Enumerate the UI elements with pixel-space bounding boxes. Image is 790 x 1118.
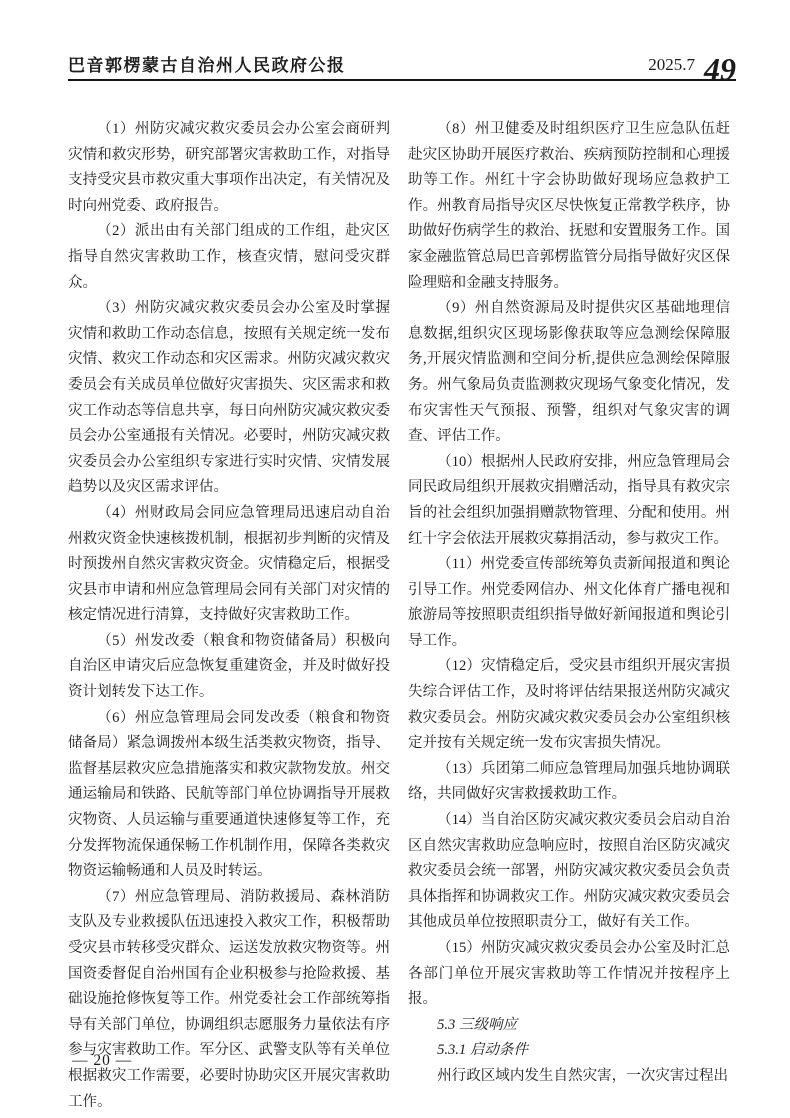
paragraph-item-7: （7）州应急管理局、消防救援局、森林消防支队及专业救援队伍迅速投入救灾工作，积极… — [68, 885, 390, 1115]
paragraph-item-4: （4）州财政局会同应急管理局迅速启动自治州救灾资金快速核拨机制，根据初步判断的灾… — [68, 501, 390, 629]
paragraph-item-8: （8）州卫健委及时组织医疗卫生应急队伍赶赴灾区协助开展医疗救治、疾病预防控制和心… — [408, 117, 730, 296]
paragraph-item-13: （13）兵团第二师应急管理局加强兵地协调联络，共同做好灾害救援救助工作。 — [408, 757, 730, 808]
page-body: （1）州防灾减灾救灾委员会办公室会商研判灾情和救灾形势，研究部署灾害救助工作，对… — [68, 117, 730, 1115]
page-number: — 20 — — [72, 1052, 132, 1070]
right-column: （8）州卫健委及时组织医疗卫生应急队伍赶赴灾区协助开展医疗救治、疾病预防控制和心… — [408, 117, 730, 1115]
paragraph-item-11: （11）州党委宣传部统筹负责新闻报道和舆论引导工作。州党委网信办、州文化体育广播… — [408, 552, 730, 654]
section-heading-5-3-1: 5.3.1 启动条件 — [408, 1038, 730, 1064]
paragraph-item-15: （15）州防灾减灾救灾委员会办公室及时汇总各部门单位开展灾害救助等工作情况并按程… — [408, 936, 730, 1013]
paragraph-item-14: （14）当自治区防灾减灾救灾委员会启动自治区自然灾害救助应急响应时，按照自治区防… — [408, 808, 730, 936]
trailing-paragraph: 州行政区域内发生自然灾害，一次灾害过程出 — [408, 1064, 730, 1090]
issue-number: 49 — [704, 57, 736, 81]
paragraph-item-2: （2）派出由有关部门组成的工作组，赴灾区指导自然灾害救助工作，核查灾情，慰问受灾… — [68, 219, 390, 296]
paragraph-item-1: （1）州防灾减灾救灾委员会办公室会商研判灾情和救灾形势，研究部署灾害救助工作，对… — [68, 117, 390, 219]
paragraph-item-10: （10）根据州人民政府安排，州应急管理局会同民政局组织开展救灾捐赠活动，指导具有… — [408, 450, 730, 552]
gazette-title: 巴音郭楞蒙古自治州人民政府公报 — [68, 57, 346, 74]
section-heading-5-3: 5.3 三级响应 — [408, 1013, 730, 1039]
issue-date: 2025.7 — [648, 56, 695, 74]
paragraph-item-3: （3）州防灾减灾救灾委员会办公室及时掌握灾情和救助工作动态信息，按照有关规定统一… — [68, 296, 390, 501]
paragraph-item-5: （5）州发改委（粮食和物资储备局）积极向自治区申请灾后应急恢复重建资金，并及时做… — [68, 629, 390, 706]
paragraph-item-12: （12）灾情稳定后，受灾县市组织开展灾害损失综合评估工作，及时将评估结果报送州防… — [408, 654, 730, 756]
paragraph-item-9: （9）州自然资源局及时提供灾区基础地理信息数据,组织灾区现场影像获取等应急测绘保… — [408, 296, 730, 450]
paragraph-item-6: （6）州应急管理局会同发改委（粮食和物资储备局）紧急调拨州本级生活类救灾物资，指… — [68, 706, 390, 885]
gazette-page: 巴音郭楞蒙古自治州人民政府公报 2025.7 49 （1）州防灾减灾救灾委员会办… — [0, 0, 790, 1118]
left-column: （1）州防灾减灾救灾委员会办公室会商研判灾情和救灾形势，研究部署灾害救助工作，对… — [68, 117, 390, 1115]
page-header: 巴音郭楞蒙古自治州人民政府公报 2025.7 49 — [68, 56, 736, 81]
issue-block: 2025.7 49 — [648, 56, 736, 74]
